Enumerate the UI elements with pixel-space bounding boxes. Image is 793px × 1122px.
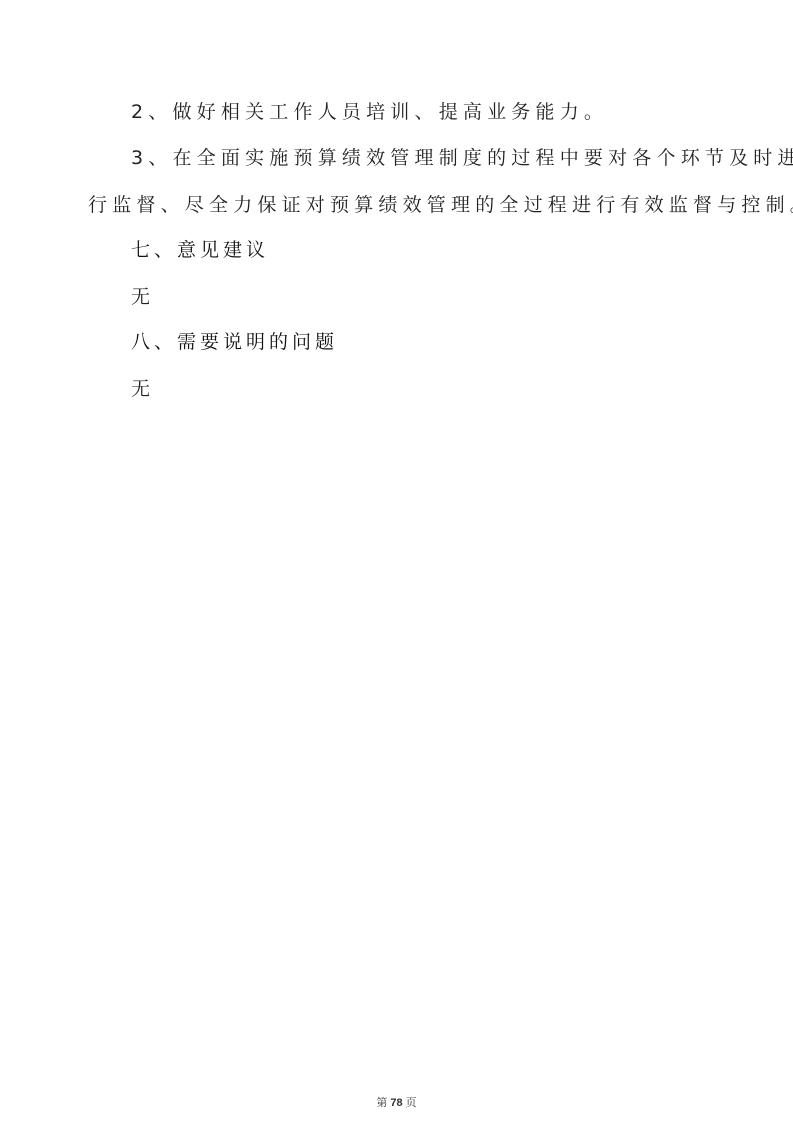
page-number: 78 xyxy=(390,1097,402,1109)
section-heading-suggestions: 七、意见建议 xyxy=(131,238,269,262)
section-heading-issues: 八、需要说明的问题 xyxy=(131,330,338,354)
section-body-issues: 无 xyxy=(131,377,155,401)
paragraph-training: 2、做好相关工作人员培训、提高业务能力。 xyxy=(131,100,608,124)
document-page: 2、做好相关工作人员培训、提高业务能力。 3、在全面实施预算绩效管理制度的过程中… xyxy=(0,0,793,1122)
paragraph-supervision-line-1: 3、在全面实施预算绩效管理制度的过程中要对各个环节及时进 xyxy=(131,146,793,170)
paragraph-supervision-line-2: 行监督、尽全力保证对预算绩效管理的全过程进行有效监督与控制。 xyxy=(88,193,793,217)
page-number-suffix: 页 xyxy=(406,1096,417,1109)
section-body-suggestions: 无 xyxy=(131,285,155,309)
page-number-prefix: 第 xyxy=(376,1096,387,1109)
page-footer: 第78页 xyxy=(0,1094,793,1110)
